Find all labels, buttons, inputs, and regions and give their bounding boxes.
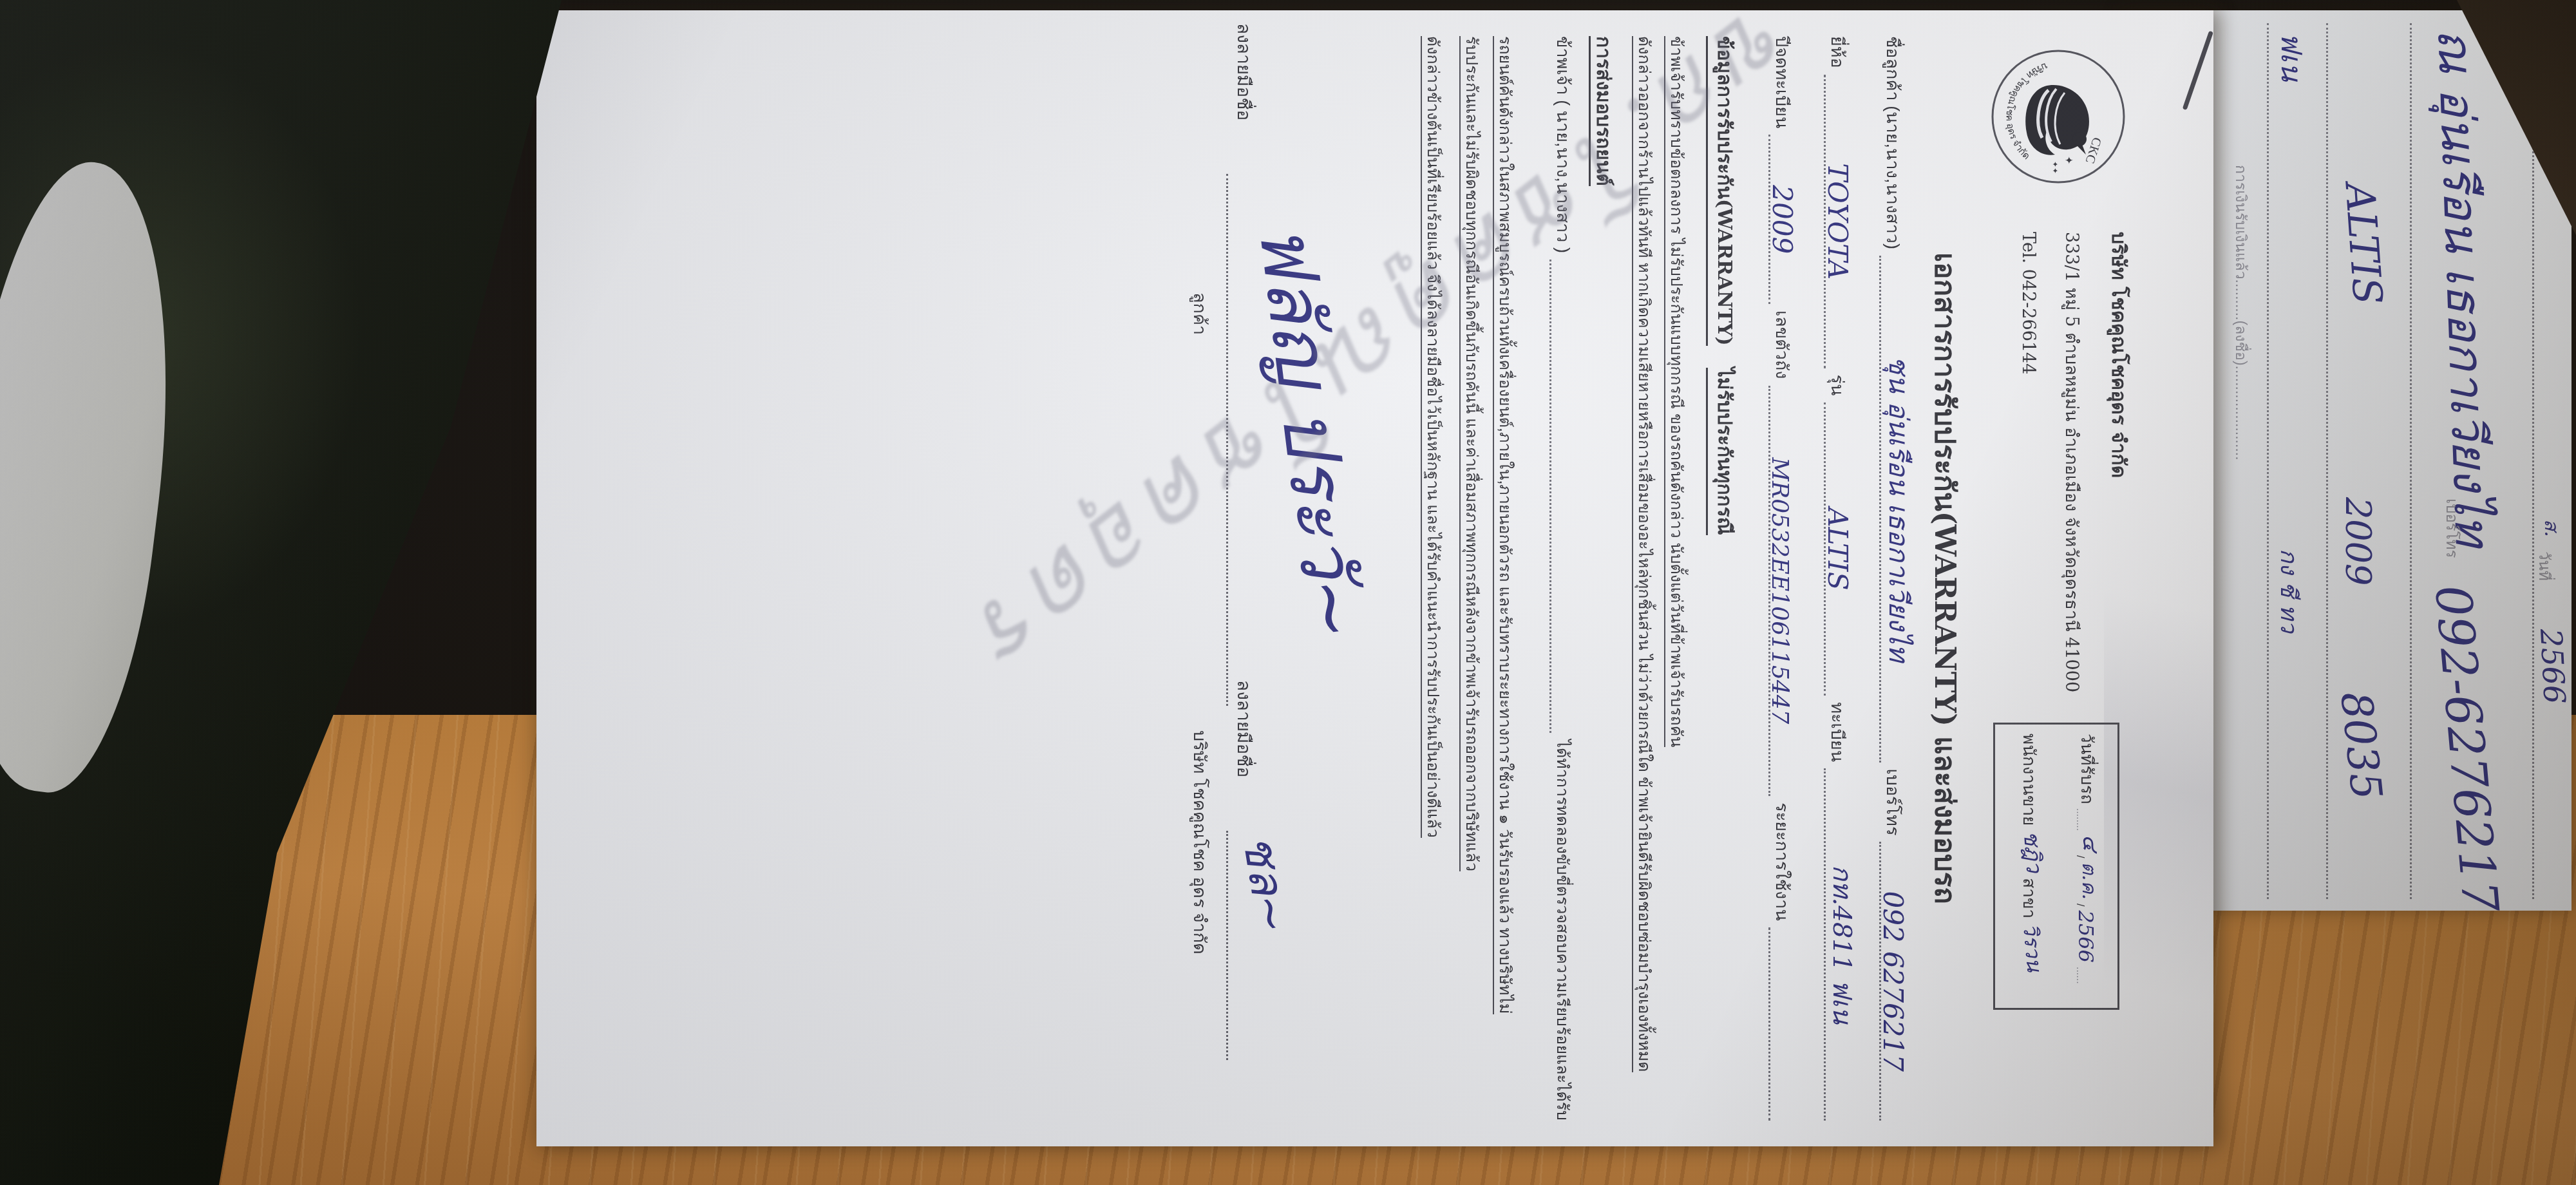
company-logo-icon: CKC ✦ ✦✦ บริษัท โชคคูณโชค อุดร จำกัด bbox=[1989, 48, 2127, 185]
company-signature-script: ชล~ bbox=[1223, 829, 1312, 938]
phone-label: เบอร์โทร bbox=[1879, 769, 1907, 836]
warranty-document: CKC ✦ ✦✦ บริษัท โชคคูณโชค อุดร จำกัด บริ… bbox=[536, 10, 2213, 1146]
stub-phone-label: เบอร์โทร bbox=[2439, 498, 2465, 558]
delivery-name-field bbox=[1549, 260, 1581, 733]
pen-slash-mark bbox=[2183, 31, 2213, 110]
received-date-year: 2566 bbox=[2074, 911, 2098, 963]
delivery-intro-tail: ได้ทำการทดลองขับขี่ตรวจสอบความเรียบร้อยแ… bbox=[1549, 739, 1575, 1121]
chassis-field: MR0532EE106115447 bbox=[1768, 386, 1800, 797]
svg-text:✦✦: ✦✦ bbox=[2050, 161, 2060, 174]
stub-plate-scribble: ฟเน bbox=[2269, 32, 2314, 81]
stub-rule-1 bbox=[2532, 23, 2534, 899]
reg-year-value: 2009 bbox=[1766, 135, 1798, 304]
photo-scene: ส. วันที่ 2566 ณ อุ่นเรือน เธอกาเวียงไท … bbox=[0, 0, 2576, 1185]
slash: / bbox=[2074, 855, 2085, 858]
company-address: 333/1 หมู่ 5 ตำบลหมูม่น อำเภอเมือง จังหว… bbox=[2058, 232, 2086, 692]
customer-name-value: ชุน อุ่นเรือน เธอกาเวียงไท bbox=[1877, 256, 1920, 763]
stub-year-value: 2009 bbox=[2338, 497, 2378, 585]
salesperson-label: พนักงานขาย bbox=[2016, 734, 2042, 826]
customer-signature-label: ลงลายมือชื่อ bbox=[1229, 23, 1258, 120]
ckc-logo-svg: CKC ✦ ✦✦ บริษัท โชคคูณโชค อุดร จำกัด bbox=[1989, 48, 2127, 185]
stub-date-label: วันที่ bbox=[2532, 551, 2557, 581]
ink-bleed-watermark: ขก.โชคคูณโชคอุดร bbox=[717, 0, 1827, 880]
svg-text:✦: ✦ bbox=[2063, 156, 2074, 164]
brand-value: TOYOTA bbox=[1822, 75, 1853, 368]
stub-small-scribble: กง ชี ทว bbox=[2271, 549, 2307, 633]
vehicle-field-row: ยี่ห้อ TOYOTA รุ่น ALTIS ทะเบียน กท.4811… bbox=[1824, 36, 1855, 1121]
company-tel: Tel. 042-266144 bbox=[2018, 232, 2038, 374]
received-date-row: วันที่รับรถ ........ ๔ / ต.ค. / 2566 ...… bbox=[2074, 734, 2108, 998]
branch-value: วิรวน bbox=[2014, 922, 2050, 973]
customer-name-label: ชื่อลูกค้า (นาย,นาง,นางสาว) bbox=[1879, 36, 1907, 249]
delivery-text-3: ดังกล่าวข้างต้นเป็นที่เรียบร้อยแล้ว จึงไ… bbox=[1421, 36, 1442, 838]
brand-label: ยี่ห้อ bbox=[1824, 36, 1851, 68]
chassis-value: MR0532EE106115447 bbox=[1766, 386, 1793, 797]
phone-field: 092 6276217 bbox=[1879, 842, 1911, 1121]
stub-phone-value: 092-6276217 bbox=[2424, 583, 2510, 915]
brand-field: TOYOTA bbox=[1824, 75, 1855, 368]
received-date-day: ๔ bbox=[2074, 835, 2108, 851]
rotated-document-stack: ส. วันที่ 2566 ณ อุ่นเรือน เธอกาเวียงไท … bbox=[536, 10, 2571, 1146]
slash: / bbox=[2074, 904, 2085, 906]
document-title: เอกสารการรับประกัน(WARRANTY) และส่งมอบรถ bbox=[1922, 10, 1967, 1146]
model-label: รุ่น bbox=[1824, 375, 1851, 396]
stub-date-note: ส. bbox=[2536, 519, 2566, 537]
warranty-heading-note: ไม่รับประกันทุกกรณี bbox=[1706, 368, 1739, 535]
delivery-text-2: รับประกันและไม่รับผิดชอบทุกกรณีอันเกิดขึ… bbox=[1459, 36, 1481, 871]
salesperson-value: ชฎิว bbox=[2014, 830, 2052, 875]
company-role-label: บริษัท โชคคูณโชค อุดร จำกัด bbox=[1186, 730, 1214, 954]
received-date-label: วันที่รับรถ bbox=[2074, 734, 2100, 804]
phone-value: 092 6276217 bbox=[1877, 842, 1909, 1121]
stub-date-value: 2566 bbox=[2533, 628, 2572, 705]
reg-year-field: 2009 bbox=[1768, 135, 1800, 304]
stub-rule-3 bbox=[2326, 23, 2328, 899]
stub-rule-2 bbox=[2410, 23, 2412, 899]
stub-number-value: 8035 bbox=[2331, 689, 2391, 802]
customer-name-field: ชุน อุ่นเรือน เธอกาเวียงไท bbox=[1879, 256, 1911, 763]
received-date-month: ต.ค. bbox=[2074, 862, 2104, 900]
registration-field-row: ปีจดทะเบียน 2009 เลขตัวถัง MR0532EE10611… bbox=[1768, 36, 1800, 1121]
chassis-label: เลขตัวถัง bbox=[1768, 310, 1796, 379]
received-stamp-box: วันที่รับรถ ........ ๔ / ต.ค. / 2566 ...… bbox=[1993, 723, 2119, 1010]
plate-label: ทะเบียน bbox=[1824, 702, 1851, 762]
stub-finance-line: การเงินรับเงินแล้ว..........(ลงชื่อ)....… bbox=[2229, 165, 2252, 460]
model-value: ALTIS bbox=[1822, 403, 1853, 696]
customer-role-label: ลูกค้า bbox=[1186, 292, 1214, 335]
stub-rule-4 bbox=[2267, 23, 2269, 899]
plate-value: กท.4811 ฟเน bbox=[1822, 768, 1863, 1121]
stub-customer-name: ณ อุ่นเรือน เธอกาเวียงไท bbox=[2417, 27, 2511, 547]
branch-label: สาขา bbox=[2016, 878, 2042, 918]
company-name: บริษัท โชคคูณโชคอุดร จำกัด bbox=[2103, 232, 2134, 478]
stub-model-value: ALTIS bbox=[2336, 182, 2391, 307]
dots: ...... bbox=[2074, 967, 2085, 984]
company-signature-label: ลงลายมือชื่อ bbox=[1229, 680, 1258, 777]
plate-field: กท.4811 ฟเน bbox=[1824, 768, 1855, 1121]
mileage-field bbox=[1768, 927, 1800, 1121]
dots: ........ bbox=[2074, 808, 2085, 831]
customer-field-row: ชื่อลูกค้า (นาย,นาง,นางสาว) ชุน อุ่นเรือ… bbox=[1879, 36, 1911, 1121]
model-field: ALTIS bbox=[1824, 403, 1855, 696]
received-staff-row: พนักงานขาย ชฎิว สาขา วิรวน bbox=[2016, 734, 2050, 998]
mileage-label: ระยะการใช้งาน bbox=[1768, 802, 1796, 921]
